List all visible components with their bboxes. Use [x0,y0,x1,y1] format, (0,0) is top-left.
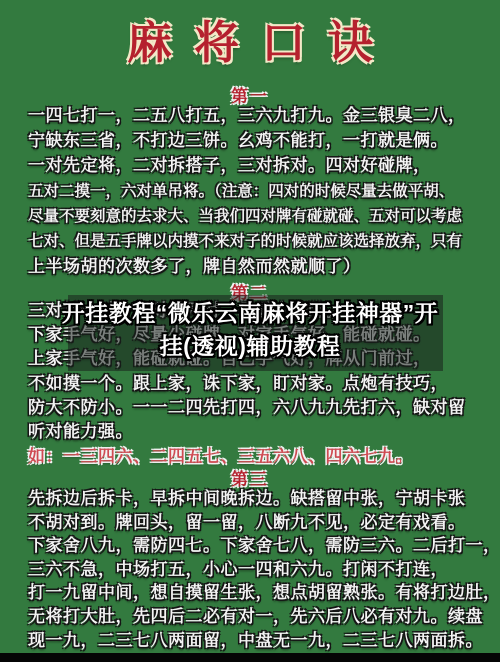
section-1-body: 一四七打一，二五八打五，三六九打九。金三银臭二八， 宁缺东三省，不打边三饼。幺鸡… [28,103,486,279]
text-line: 七对、但是五手牌以内摸不来对子的时候就应该选择放弃，只有 [28,229,486,254]
text-line: 三六不急，中场打五，小心一四和六九。打闲不打连， [28,558,486,582]
text-line: 防大不防小。一一二四先打四，六八九九先打六，缺对留 [28,396,486,420]
text-line: 上半场胡的次数多了，牌自然而然就顺了） [28,254,486,279]
text-line: 不如摸一个。跟上家，诛下家，盯对家。点炮有技巧， [28,372,486,396]
bottom-black-bar [0,653,500,662]
watermark-line-1: 开挂教程“微乐云南麻将开挂神器”开 [0,297,500,330]
text-line: 现一九，二三七八两面留，中盘无一九，二三七八两面拆。 [28,629,486,653]
section-3-body: 先拆边后拆卡，早拆中间晚拆边。缺搭留中张，宁胡卡张 不胡对到。牌回头，留一留，八… [28,487,486,652]
text-line: 五对二摸一，六对单吊将。（注意：四对的时候尽量去做平胡、 [28,179,486,204]
text-line: 一对先定将，二对拆搭子，三对拆对。四对好碰牌， [28,153,486,178]
text-line: 尽量不要刻意的去求大、当我们四对牌有碰就碰、五对可以考虑 [28,204,486,229]
text-line: 下家舍八九，需防四七。下家舍七八，需防三六。二后打一， [28,534,486,558]
text-line: 宁缺东三省，不打边三饼。幺鸡不能打，一打就是俩。 [28,128,486,153]
text-line: 先拆边后拆卡，早拆中间晚拆边。缺搭留中张，宁胡卡张 [28,487,486,511]
text-line: 不胡对到。牌回头，留一留，八断九不见，必定有戏看。 [28,511,486,535]
text-line: 听对能力强。 [28,420,486,444]
text-line: 无将打大肚，先四后二必有对一，先六后八必有对九。续盘 [28,605,486,629]
text-line: 打一九留中间，想自摸留生张，想点胡留熟张。有将打边肚， [28,581,486,605]
text-line: 一四七打一，二五八打五，三六九打九。金三银臭二八， [28,103,486,128]
watermark-line-2: 挂(透视)辅助教程 [0,330,500,363]
poster-title: 麻将口诀 [0,6,500,71]
mahjong-tips-poster: 麻将口诀 第一 一四七打一，二五八打五，三六九打九。金三银臭二八， 宁缺东三省，… [0,0,500,662]
watermark-text: 开挂教程“微乐云南麻将开挂神器”开 挂(透视)辅助教程 [0,297,500,363]
